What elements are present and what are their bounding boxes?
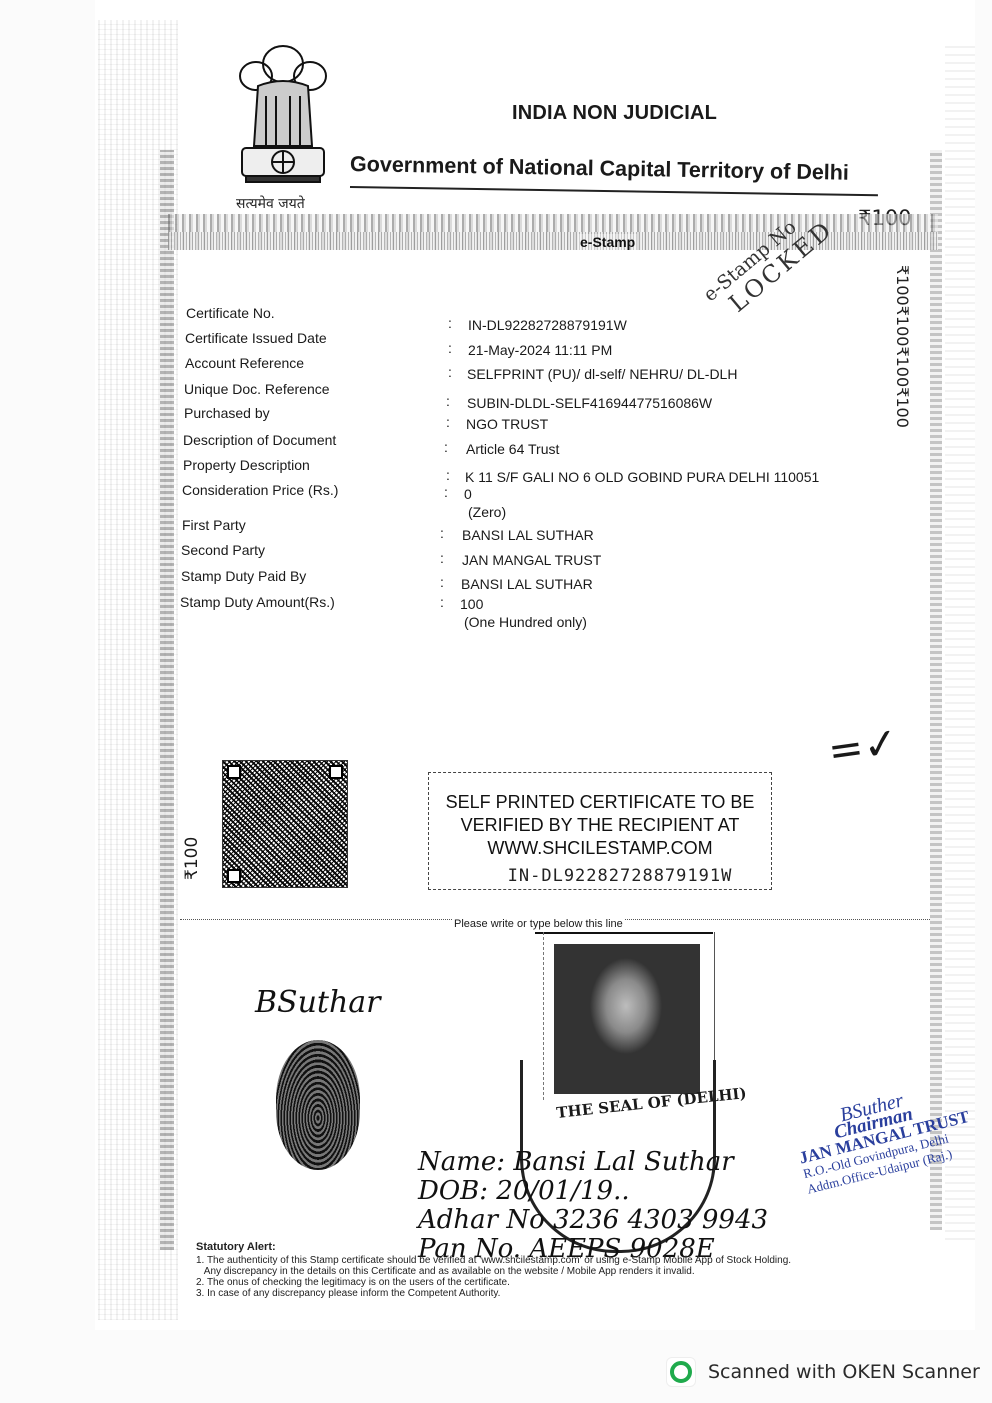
detail-value-text: IN-DL92282728879191W: [468, 317, 627, 333]
detail-label: First Party: [182, 517, 246, 533]
detail-separator: :: [440, 594, 444, 610]
document-title: INDIA NON JUDICIAL: [512, 102, 717, 125]
detail-label: Second Party: [181, 542, 265, 558]
statutory-item: 2. The onus of checking the legitimacy i…: [196, 1277, 791, 1288]
oken-scanner-logo-icon: [666, 1357, 696, 1387]
right-security-border: [945, 40, 975, 1240]
detail-separator: :: [448, 315, 452, 331]
detail-value: 21-May-2024 11:11 PM: [468, 342, 612, 358]
qr-finder: [227, 869, 241, 883]
statutory-title: Statutory Alert:: [196, 1242, 791, 1253]
detail-value-text: BANSI LAL SUTHAR: [461, 576, 593, 592]
detail-value: 0(Zero): [464, 486, 506, 520]
detail-value: 100(One Hundred only): [460, 596, 587, 630]
detail-separator: :: [448, 364, 452, 380]
cut-line-text: Please write or type below this line: [452, 918, 625, 930]
detail-label: Stamp Duty Amount(Rs.): [180, 594, 335, 610]
detail-subvalue: (Zero): [468, 504, 506, 520]
detail-separator: :: [446, 414, 450, 430]
qr-finder: [227, 765, 241, 779]
detail-value: BANSI LAL SUTHAR: [461, 576, 593, 592]
detail-separator: :: [446, 393, 450, 409]
detail-separator: :: [446, 467, 450, 483]
verification-line: SELF PRINTED CERTIFICATE TO BE: [429, 791, 771, 814]
detail-subvalue: (One Hundred only): [464, 614, 587, 630]
detail-separator: :: [444, 484, 448, 500]
detail-value: K 11 S/F GALI NO 6 OLD GOBIND PURA DELHI…: [465, 469, 819, 485]
detail-label: Unique Doc. Reference: [184, 381, 330, 397]
detail-label: Consideration Price (Rs.): [182, 482, 338, 498]
detail-value-text: K 11 S/F GALI NO 6 OLD GOBIND PURA DELHI…: [465, 469, 819, 485]
verification-url: WWW.SHCILESTAMP.COM: [429, 837, 771, 860]
detail-separator: :: [440, 574, 444, 590]
ashoka-emblem-icon: [228, 36, 338, 196]
vertical-denomination: ₹100₹100₹100₹100: [893, 265, 912, 428]
verification-line: VERIFIED BY THE RECIPIENT AT: [429, 814, 771, 837]
qr-code: [222, 760, 348, 888]
verification-box: SELF PRINTED CERTIFICATE TO BE VERIFIED …: [428, 772, 772, 890]
right-microtext-strip: [930, 150, 942, 1230]
national-motto: सत्यमेव जयते: [236, 194, 305, 213]
detail-separator: :: [440, 525, 444, 541]
detail-value-text: SELFPRINT (PU)/ dl-self/ NEHRU/ DL-DLH: [467, 366, 737, 382]
detail-value-text: 0: [464, 486, 472, 502]
statutory-item: 1. The authenticity of this Stamp certif…: [196, 1255, 791, 1266]
applicant-signature: BSuthar: [255, 985, 381, 1020]
detail-value-text: 21-May-2024 11:11 PM: [468, 342, 612, 358]
detail-value: SUBIN-DLDL-SELF41694477516086W: [467, 395, 712, 411]
detail-value: BANSI LAL SUTHAR: [462, 527, 594, 543]
estamp-label: e-Stamp: [578, 234, 637, 250]
thumb-impression: [276, 1040, 360, 1170]
detail-value-text: 100: [460, 596, 483, 612]
qr-finder: [329, 765, 343, 779]
check-mark: =✓: [825, 717, 902, 775]
verification-certificate-no: IN-DL92282728879191W: [429, 866, 771, 886]
detail-value-text: NGO TRUST: [466, 416, 548, 432]
statutory-alert: Statutory Alert: 1. The authenticity of …: [196, 1242, 791, 1299]
scanner-text: Scanned with OKEN Scanner: [708, 1361, 980, 1383]
detail-label: Property Description: [183, 457, 310, 473]
detail-label: Description of Document: [183, 432, 336, 448]
detail-separator: :: [448, 340, 452, 356]
scanner-watermark: Scanned with OKEN Scanner: [666, 1355, 980, 1389]
detail-value-text: Article 64 Trust: [466, 441, 559, 457]
detail-value: SELFPRINT (PU)/ dl-self/ NEHRU/ DL-DLH: [467, 366, 737, 382]
detail-label: Account Reference: [185, 355, 304, 371]
detail-label: Stamp Duty Paid By: [181, 568, 306, 584]
detail-value: JAN MANGAL TRUST: [462, 552, 601, 568]
detail-separator: :: [444, 439, 448, 455]
statutory-item: Any discrepancy in the details on this C…: [196, 1266, 791, 1277]
detail-value: Article 64 Trust: [466, 441, 559, 457]
detail-value-text: JAN MANGAL TRUST: [462, 552, 601, 568]
detail-label: Certificate No.: [186, 305, 275, 321]
statutory-item: 3. In case of any discrepancy please inf…: [196, 1288, 791, 1299]
verification-message: SELF PRINTED CERTIFICATE TO BE VERIFIED …: [429, 791, 771, 860]
detail-value: IN-DL92282728879191W: [468, 317, 627, 333]
detail-label: Certificate Issued Date: [185, 330, 327, 346]
detail-value: NGO TRUST: [466, 416, 548, 432]
qr-denomination: ₹100: [182, 837, 202, 880]
detail-separator: :: [440, 550, 444, 566]
detail-value-text: BANSI LAL SUTHAR: [462, 527, 594, 543]
detail-label: Purchased by: [184, 405, 270, 421]
detail-value-text: SUBIN-DLDL-SELF41694477516086W: [467, 395, 712, 411]
left-microtext-strip: [160, 150, 174, 1250]
